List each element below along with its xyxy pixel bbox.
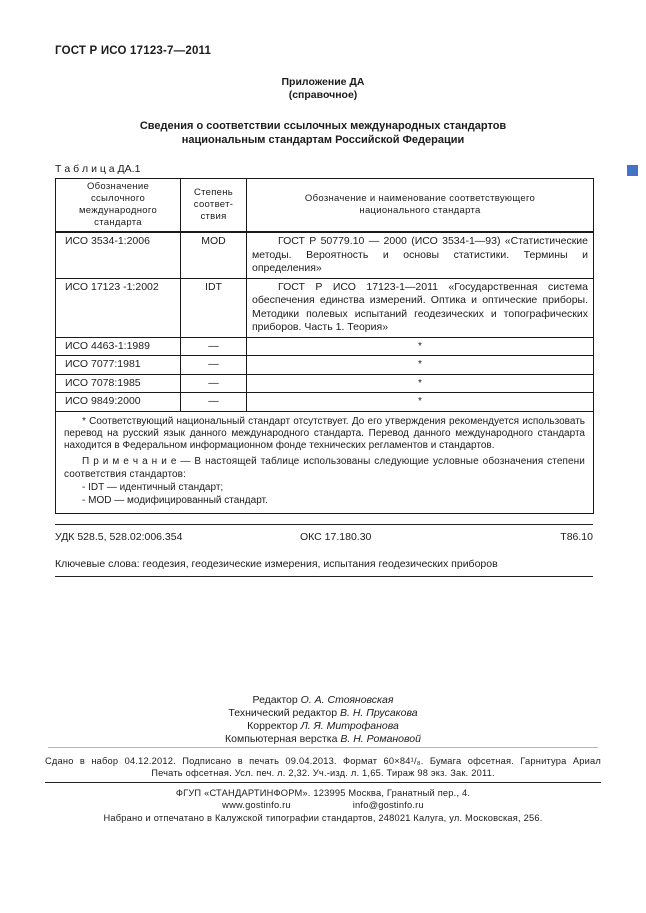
role-name: В. Н. Прусакова bbox=[340, 707, 418, 719]
section-title: Сведения о соответствии ссылочных междун… bbox=[0, 120, 646, 147]
horizontal-rule bbox=[55, 524, 593, 525]
cell-national: * bbox=[247, 374, 594, 393]
table-row: ИСО 7077:1981 — * bbox=[56, 356, 594, 375]
cell-degree: — bbox=[181, 356, 247, 375]
publisher-block: ФГУП «СТАНДАРТИНФОРМ». 123995 Москва, Гр… bbox=[0, 788, 646, 825]
table-footnote: * Соответствующий национальный стандарт … bbox=[64, 416, 585, 453]
udk-code: УДК 528.5, 528.02:006.354 bbox=[55, 531, 182, 543]
blue-square-marker bbox=[627, 165, 638, 176]
publisher-contacts: www.gostinfo.ru info@gostinfo.ru bbox=[0, 800, 646, 812]
table-note: П р и м е ч а н и е — В настоящей таблиц… bbox=[64, 456, 585, 481]
col-header-national-standard: Обозначение и наименование соответствующ… bbox=[247, 179, 594, 233]
printing-house-line: Набрано и отпечатано в Калужской типогра… bbox=[0, 813, 646, 825]
col-header-degree: Степень соответ- ствия bbox=[181, 179, 247, 233]
table-caption: Т а б л и ц а ДА.1 bbox=[55, 163, 140, 175]
colophon-role: Компьютерная верстка В. Н. Романовой bbox=[0, 733, 646, 746]
colophon-role: Корректор Л. Я. Митрофанова bbox=[0, 720, 646, 733]
table-note-item: - IDT — идентичный стандарт; bbox=[82, 482, 585, 494]
classification-codes-row: УДК 528.5, 528.02:006.354 ОКС 17.180.30 … bbox=[55, 531, 593, 545]
faint-horizontal-rule bbox=[48, 747, 598, 748]
role-label: Компьютерная верстка bbox=[225, 733, 337, 745]
cell-national: ГОСТ Р ИСО 17123-1—2011 «Государственная… bbox=[247, 278, 594, 337]
table-row: ИСО 3534-1:2006 MOD ГОСТ Р 50779.10 — 20… bbox=[56, 232, 594, 278]
table-row: ИСО 9849:2000 — * bbox=[56, 393, 594, 412]
role-label: Корректор bbox=[247, 720, 298, 732]
cell-ref: ИСО 7077:1981 bbox=[56, 356, 181, 375]
col-header-ref-standard: Обозначение ссылочного международного ст… bbox=[56, 179, 181, 233]
document-page: ГОСТ Р ИСО 17123-7—2011 Приложение ДА (с… bbox=[0, 0, 646, 913]
cell-degree: — bbox=[181, 393, 247, 412]
publisher-website: www.gostinfo.ru bbox=[222, 800, 291, 812]
doc-code: ГОСТ Р ИСО 17123-7—2011 bbox=[55, 45, 211, 57]
horizontal-rule bbox=[45, 782, 601, 783]
cell-ref: ИСО 4463-1:1989 bbox=[56, 337, 181, 356]
table-header-row: Обозначение ссылочного международного ст… bbox=[56, 179, 594, 233]
cell-national: * bbox=[247, 356, 594, 375]
horizontal-rule bbox=[55, 576, 593, 577]
index-code: Т86.10 bbox=[560, 531, 593, 543]
colophon-role: Технический редактор В. Н. Прусакова bbox=[0, 707, 646, 720]
cell-degree: — bbox=[181, 337, 247, 356]
cell-ref: ИСО 7078:1985 bbox=[56, 374, 181, 393]
imprint-line2: Печать офсетная. Усл. печ. л. 2,32. Уч.-… bbox=[45, 767, 601, 779]
role-name: В. Н. Романовой bbox=[340, 733, 421, 745]
table-row: ИСО 17123 -1:2002 IDT ГОСТ Р ИСО 17123-1… bbox=[56, 278, 594, 337]
table-footnote-cell: * Соответствующий национальный стандарт … bbox=[56, 411, 594, 513]
cell-national: * bbox=[247, 393, 594, 412]
colophon-role: Редактор О. А. Стояновская bbox=[0, 694, 646, 707]
cell-degree: MOD bbox=[181, 232, 247, 278]
colophon: Редактор О. А. Стояновская Технический р… bbox=[0, 694, 646, 746]
oks-code: ОКС 17.180.30 bbox=[300, 531, 371, 543]
role-label: Технический редактор bbox=[228, 707, 337, 719]
appendix-kind: (справочное) bbox=[0, 89, 646, 102]
appendix-title: Приложение ДА bbox=[0, 76, 646, 89]
publisher-address: ФГУП «СТАНДАРТИНФОРМ». 123995 Москва, Гр… bbox=[0, 788, 646, 800]
cell-national: * bbox=[247, 337, 594, 356]
standards-correspondence-table: Обозначение ссылочного международного ст… bbox=[55, 178, 594, 514]
publisher-email: info@gostinfo.ru bbox=[353, 800, 424, 812]
table-row: ИСО 7078:1985 — * bbox=[56, 374, 594, 393]
appendix-heading: Приложение ДА (справочное) bbox=[0, 76, 646, 102]
cell-degree: IDT bbox=[181, 278, 247, 337]
table-note-item: - MOD — модифицированный стандарт. bbox=[82, 495, 585, 507]
role-name: О. А. Стояновская bbox=[301, 694, 394, 706]
imprint-block: Сдано в набор 04.12.2012. Подписано в пе… bbox=[45, 755, 601, 779]
cell-ref: ИСО 9849:2000 bbox=[56, 393, 181, 412]
cell-national: ГОСТ Р 50779.10 — 2000 (ИСО 3534-1—93) «… bbox=[247, 232, 594, 278]
cell-ref: ИСО 17123 -1:2002 bbox=[56, 278, 181, 337]
section-title-line2: национальным стандартам Российской Федер… bbox=[0, 134, 646, 148]
table-footnote-row: * Соответствующий национальный стандарт … bbox=[56, 411, 594, 513]
cell-degree: — bbox=[181, 374, 247, 393]
role-label: Редактор bbox=[253, 694, 298, 706]
imprint-line1: Сдано в набор 04.12.2012. Подписано в пе… bbox=[45, 755, 601, 767]
table-row: ИСО 4463-1:1989 — * bbox=[56, 337, 594, 356]
section-title-line1: Сведения о соответствии ссылочных междун… bbox=[0, 120, 646, 134]
role-name: Л. Я. Митрофанова bbox=[301, 720, 399, 732]
cell-ref: ИСО 3534-1:2006 bbox=[56, 232, 181, 278]
keywords-line: Ключевые слова: геодезия, геодезические … bbox=[55, 558, 498, 570]
